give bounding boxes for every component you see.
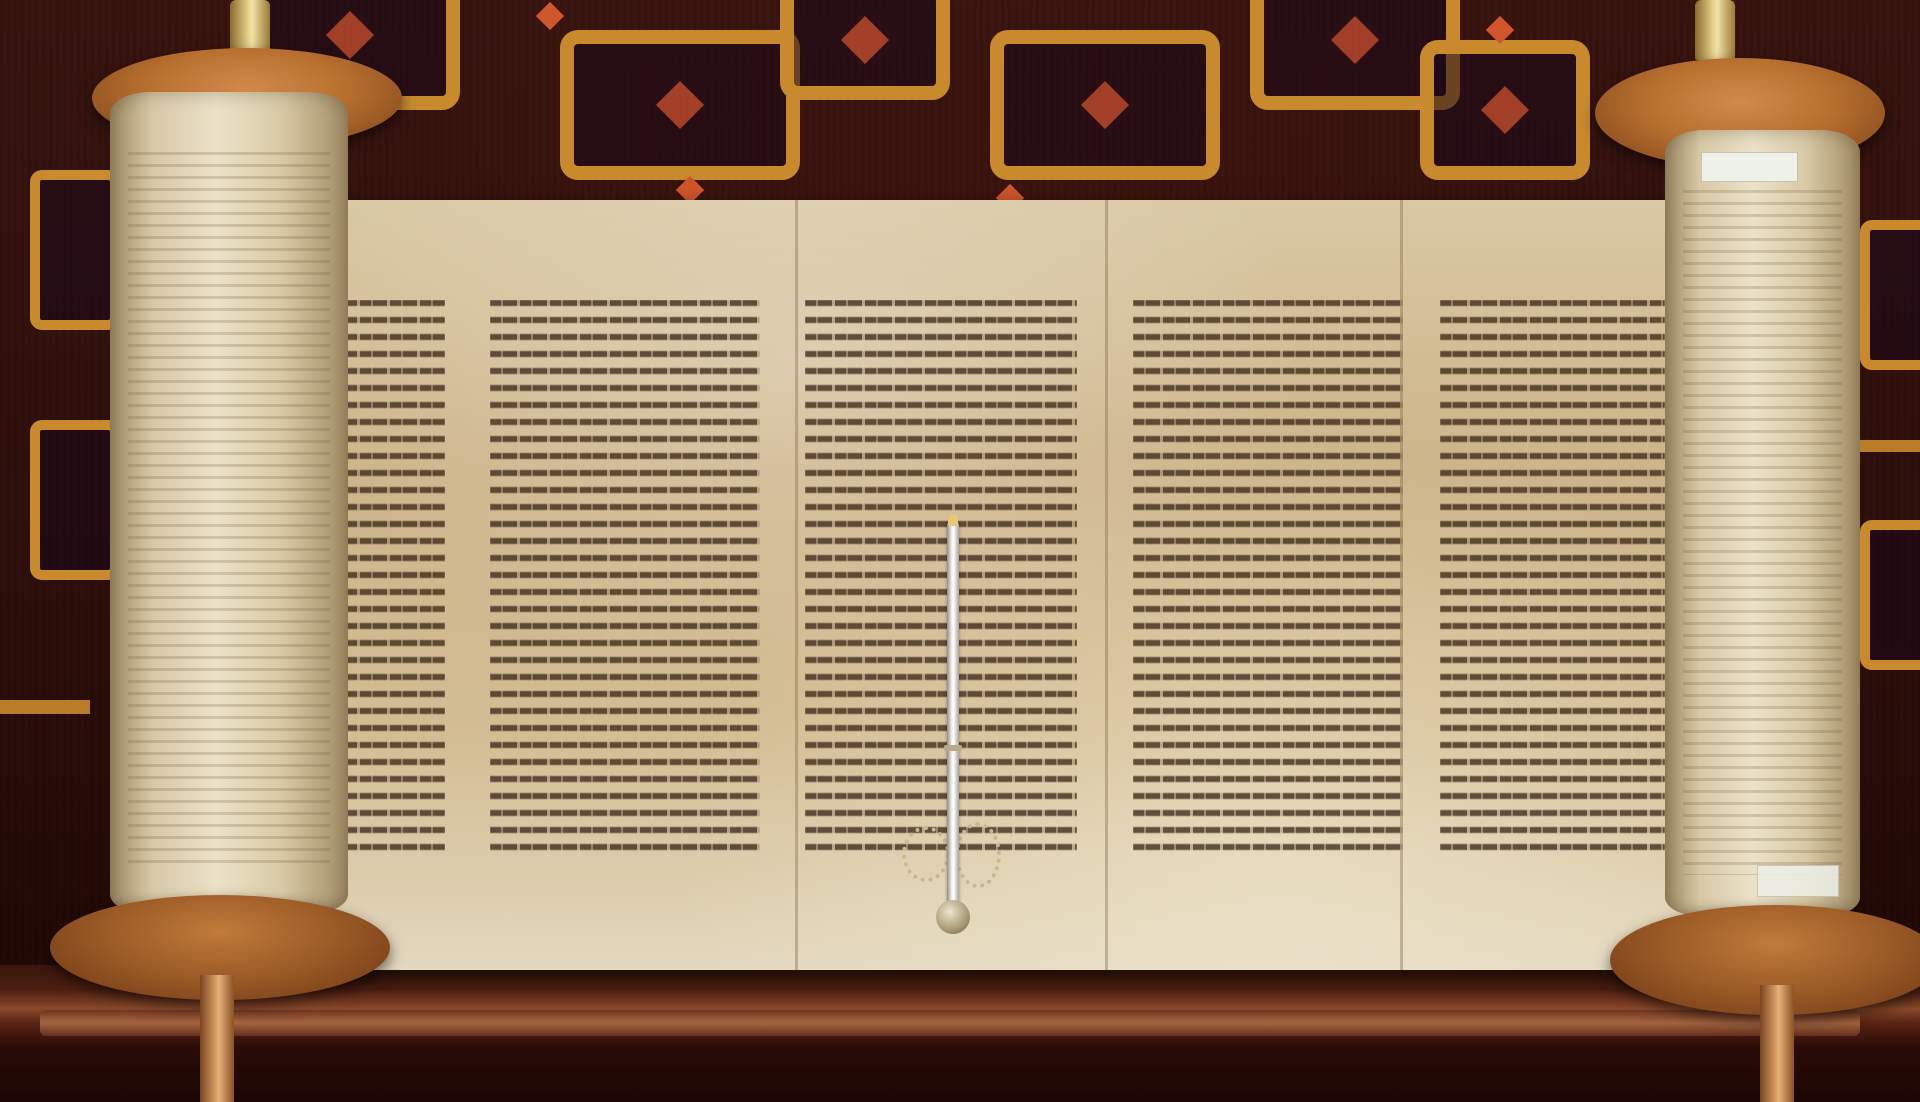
parchment-seam <box>795 200 798 970</box>
roller-tag <box>1701 152 1798 182</box>
stand-edge <box>40 1010 1860 1036</box>
left-roller <box>110 92 348 912</box>
right-finial <box>1695 0 1735 60</box>
yad-knob <box>936 900 970 934</box>
carpet-motif <box>780 0 950 100</box>
yad-chain <box>955 822 1001 888</box>
right-handle <box>1760 985 1794 1102</box>
carpet-motif <box>30 170 120 330</box>
roller-tag <box>1757 865 1839 897</box>
yad-hand-tip <box>948 514 958 526</box>
yad-chain <box>902 826 950 882</box>
right-roller <box>1665 130 1860 915</box>
carpet-motif <box>1860 220 1920 370</box>
scroll-parchment: Text column 1 (partial, left edge) Text … <box>325 200 1690 970</box>
carpet-diamond <box>536 2 564 30</box>
parchment-seam <box>1105 200 1108 970</box>
text-column-5: Text column 5 (right edge) <box>1440 300 1665 860</box>
left-handle <box>200 975 234 1102</box>
yad-pointer <box>947 520 959 920</box>
text-column-4: Text column 4 <box>1133 300 1403 860</box>
carpet-motif <box>990 30 1220 180</box>
left-finial <box>230 0 270 55</box>
carpet-stripe <box>1860 440 1920 452</box>
carpet-motif <box>1860 520 1920 670</box>
carpet-motif <box>30 420 120 580</box>
carpet-stripe <box>0 700 90 714</box>
text-column-3: Text column 3 <box>805 300 1077 860</box>
yad-joint <box>944 745 962 751</box>
carpet-motif <box>560 30 800 180</box>
carpet-motif <box>1420 40 1590 180</box>
photo-scene: Text column 1 (partial, left edge) Text … <box>0 0 1920 1102</box>
text-column-2: Text column 2 <box>490 300 760 860</box>
